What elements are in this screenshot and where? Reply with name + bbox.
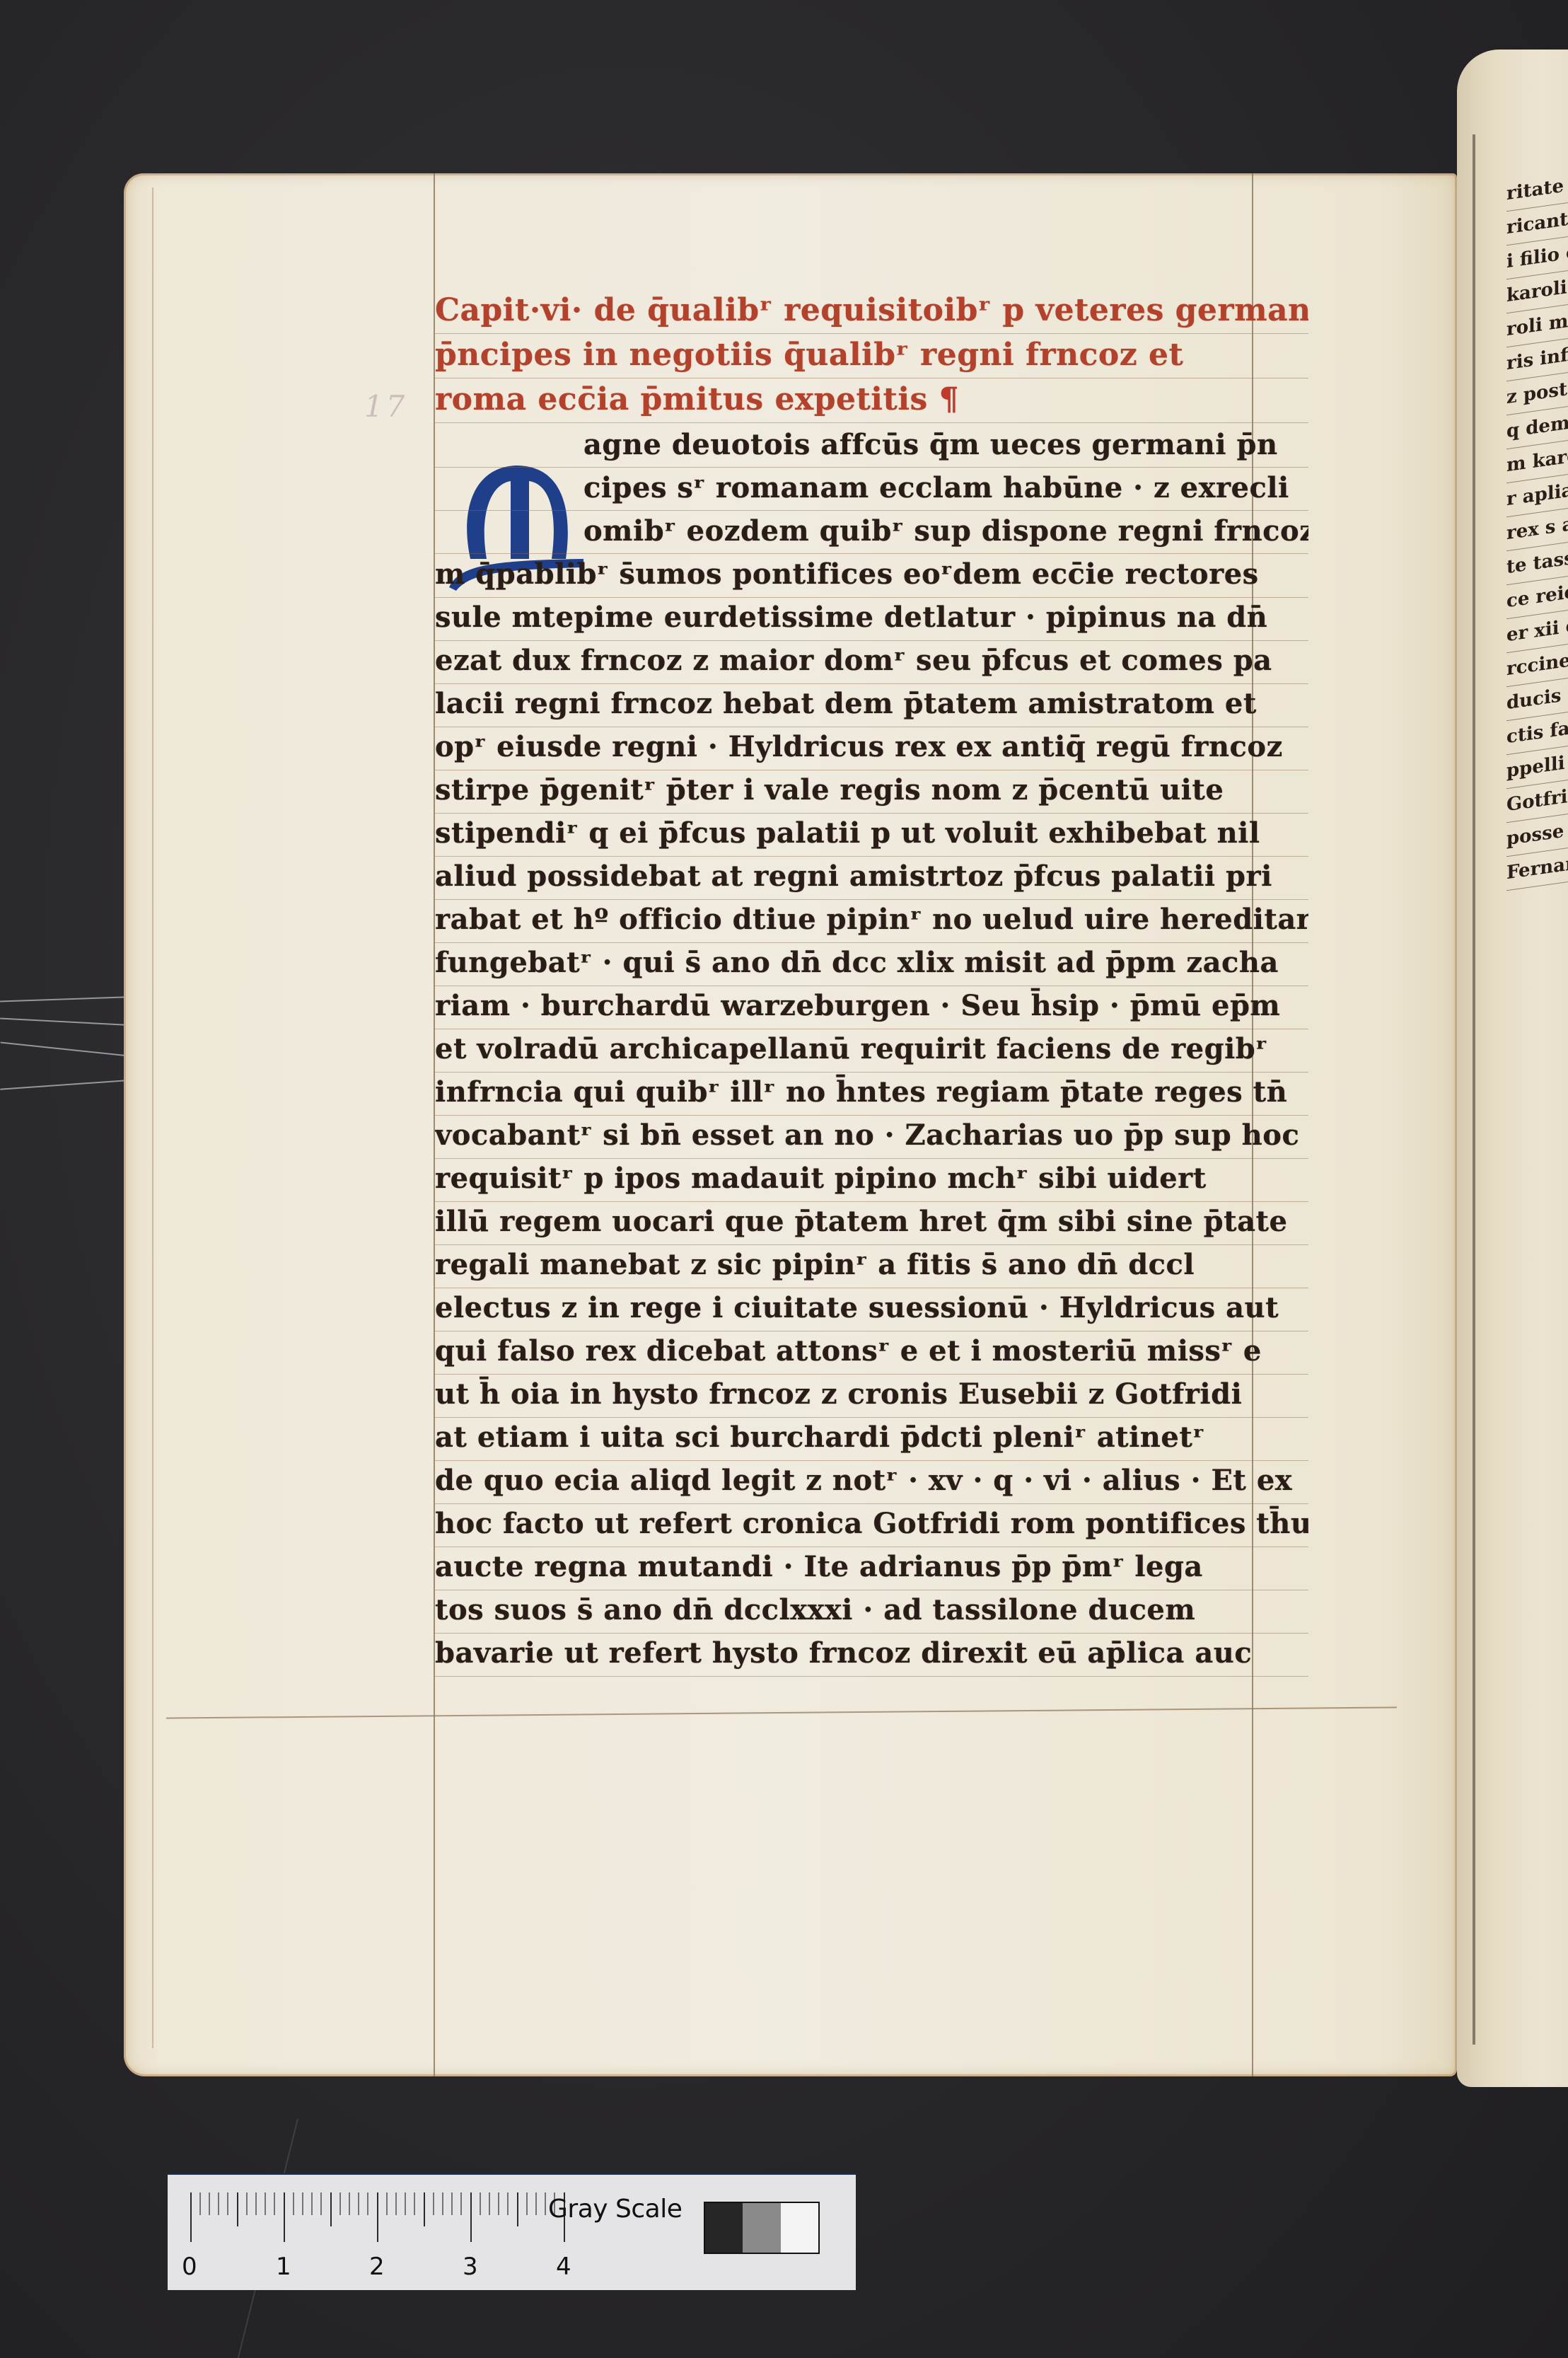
scale-reference-card: 0 1 2 3 4 Gray Scale [168, 2173, 856, 2290]
page-edge-fold [152, 187, 153, 2048]
rubric-text: roma ecc̄ia p̄mitus expetitis [435, 381, 928, 417]
page-gutter [1473, 134, 1475, 2045]
facing-page: ritate atesta ricanto nec i filio ob kar… [1457, 50, 1568, 2087]
text-line: de quo ecia aliqd legit z notʳ · xv · q … [435, 1460, 1308, 1504]
rubric-line: p̄ncipes in negotiis q̄ualibʳ regni frnc… [435, 335, 1308, 378]
text-line: agne deuotois affcūs q̄m ueces germani … [435, 424, 1308, 468]
facing-page-text-column: ritate atesta ricanto nec i filio ob kar… [1506, 170, 1568, 883]
text-line: aliud possidebat at regni amistrtoz p̄fc… [435, 856, 1308, 900]
text-line: infrncia qui quibʳ illʳ no h̄ntes regiam… [435, 1072, 1308, 1116]
swatch-black [705, 2203, 743, 2253]
text-line: electus z in rege i ciuitate suessionū … [435, 1288, 1308, 1331]
ruler-label: 2 [369, 2253, 385, 2281]
text-line: aucte regna mutandi · Ite adrianus p̄p p… [435, 1547, 1308, 1590]
text-line: ut h̄ oia in hysto frncoz z cronis Euseb… [435, 1374, 1308, 1418]
text-line: m q̄pablibʳ s̄umos pontifices eoʳdem ecc… [435, 554, 1308, 598]
paragraph-mark-icon: ¶ [939, 381, 960, 417]
text-line: hoc facto ut refert cronica Gotfridi rom… [435, 1503, 1308, 1547]
text-line: ezat dux frncoz z maior domʳ seu p̄fcus … [435, 640, 1308, 684]
ruler-label: 4 [556, 2253, 571, 2281]
text-line: at etiam i uita sci burchardi p̄dcti ple… [435, 1417, 1308, 1461]
text-line: vocabantʳ si bn̄ esset an no · Zacharias… [435, 1115, 1308, 1159]
ruler-label: 3 [463, 2253, 478, 2281]
text-line: rabat et hº officio dtiue pipinʳ no uelu… [435, 899, 1308, 943]
text-line: cipes sʳ romanam ecclam habūne · z exre… [435, 468, 1308, 511]
text-line: sule mtepime eurdetissime detlatur · pip… [435, 597, 1308, 641]
text-line: fungebatʳ · qui s̄ ano dn̄ dcc xlix misi… [435, 942, 1308, 986]
gray-scale-swatches [704, 2202, 820, 2254]
swatch-gray [743, 2203, 780, 2253]
text-line: lacii regni frncoz hebat dem p̄tatem ami… [435, 683, 1308, 727]
text-line: omibʳ eozdem quibʳ sup dispone regni frn… [435, 511, 1308, 554]
text-line: et volradū archicapellanū requirit fac… [435, 1029, 1308, 1073]
text-line: bavarie ut refert hysto frncoz direxit e… [435, 1633, 1308, 1677]
text-line: regali manebat z sic pipinʳ a fitis s̄ a… [435, 1244, 1308, 1288]
gray-scale-label: Gray Scale [548, 2195, 682, 2224]
rubric-line: Capit·vi· de q̄ualibʳ requisitoibʳ p vet… [435, 290, 1308, 334]
rubric-line: roma ecc̄ia p̄mitus expetitis ¶ [435, 379, 1308, 423]
text-line: illū regem uocari que p̄tatem hret q̄m … [435, 1201, 1308, 1245]
ruling-line-bottom [166, 1706, 1397, 1718]
ruler-label: 1 [276, 2253, 291, 2281]
text-line: stipendiʳ q ei p̄fcus palatii p ut volui… [435, 813, 1308, 857]
text-line: stirpe p̄genitʳ p̄ter i vale regis nom z… [435, 770, 1308, 814]
text-line: tos suos s̄ ano dn̄ dcclxxxi · ad tassil… [435, 1590, 1308, 1634]
ruler-label: 0 [182, 2253, 197, 2281]
text-line: opʳ eiusde regni · Hyldricus rex ex anti… [435, 727, 1308, 770]
folio-number: 17 [364, 389, 407, 424]
text-line: riam · burchardū warzeburgen · Seu h̄si… [435, 986, 1308, 1029]
swatch-white [781, 2203, 818, 2253]
text-line: qui falso rex dicebat attonsʳ e et i mos… [435, 1331, 1308, 1375]
text-line: requisitʳ p ipos madauit pipino mchʳ sib… [435, 1158, 1308, 1202]
